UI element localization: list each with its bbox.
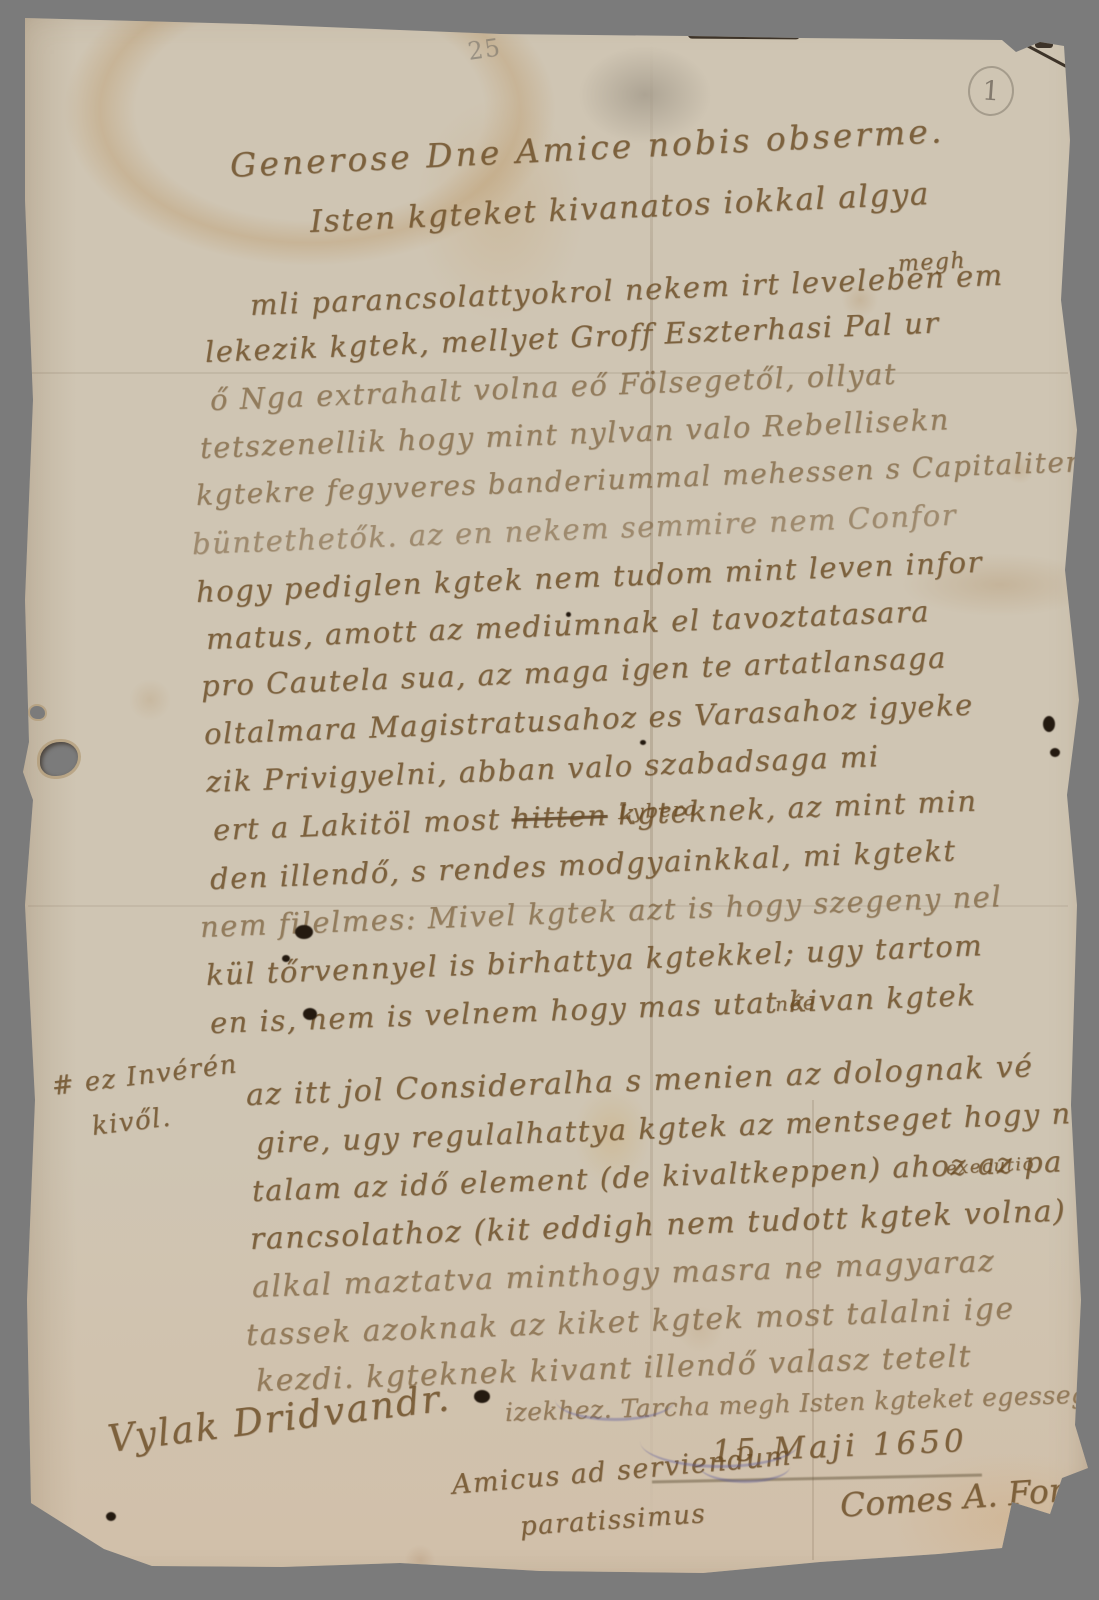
- ink-speck: [1043, 716, 1055, 732]
- letter-heading: Generose Dne Amice nobis obserme.: [229, 111, 945, 185]
- scanned-letter-canvas: 1 25 Generose Dne Amice nobis obserme. I…: [0, 0, 1099, 1600]
- corner-damage: [1035, 40, 1053, 48]
- ink-smudge: [474, 1390, 490, 1403]
- letter-page: 1 25 Generose Dne Amice nobis obserme. I…: [0, 0, 1099, 1600]
- blue-ink-bleed: [700, 1450, 790, 1483]
- ink-smudge: [295, 925, 313, 939]
- top-edge-damage: [688, 31, 800, 40]
- folio-number: 1: [966, 64, 1015, 117]
- letter-line: zik Privigyelni, abban valo szabadsaga m…: [205, 739, 880, 799]
- letter-salutation: Isten kgteket kivanatos iokkal algya: [309, 176, 930, 240]
- ink-speck: [106, 1512, 116, 1521]
- blue-ink-bleed: [555, 1378, 675, 1421]
- corner-tear-line: [1005, 33, 1090, 80]
- ink-speck: [640, 740, 646, 745]
- margin-note-line1: # ez Invérén: [50, 1049, 239, 1102]
- folio-number-text: 1: [981, 75, 1000, 107]
- ink-speck: [566, 612, 571, 617]
- struck-word: hitten: [511, 798, 608, 836]
- ink-speck: [1050, 748, 1060, 757]
- pencil-mark: 25: [466, 33, 503, 65]
- ink-smudge: [303, 1008, 317, 1020]
- interlinear-insert-lybera: Lybera: [617, 796, 698, 824]
- interlinear-insert-nee: née: [774, 990, 816, 1016]
- line-pre: ert a Lakitöl most: [212, 802, 512, 847]
- closing-line2: paratissimus: [519, 1499, 707, 1542]
- margin-note-line2: kivől.: [90, 1102, 173, 1142]
- paper-hole-small: [30, 706, 45, 719]
- ink-speck: [282, 955, 290, 962]
